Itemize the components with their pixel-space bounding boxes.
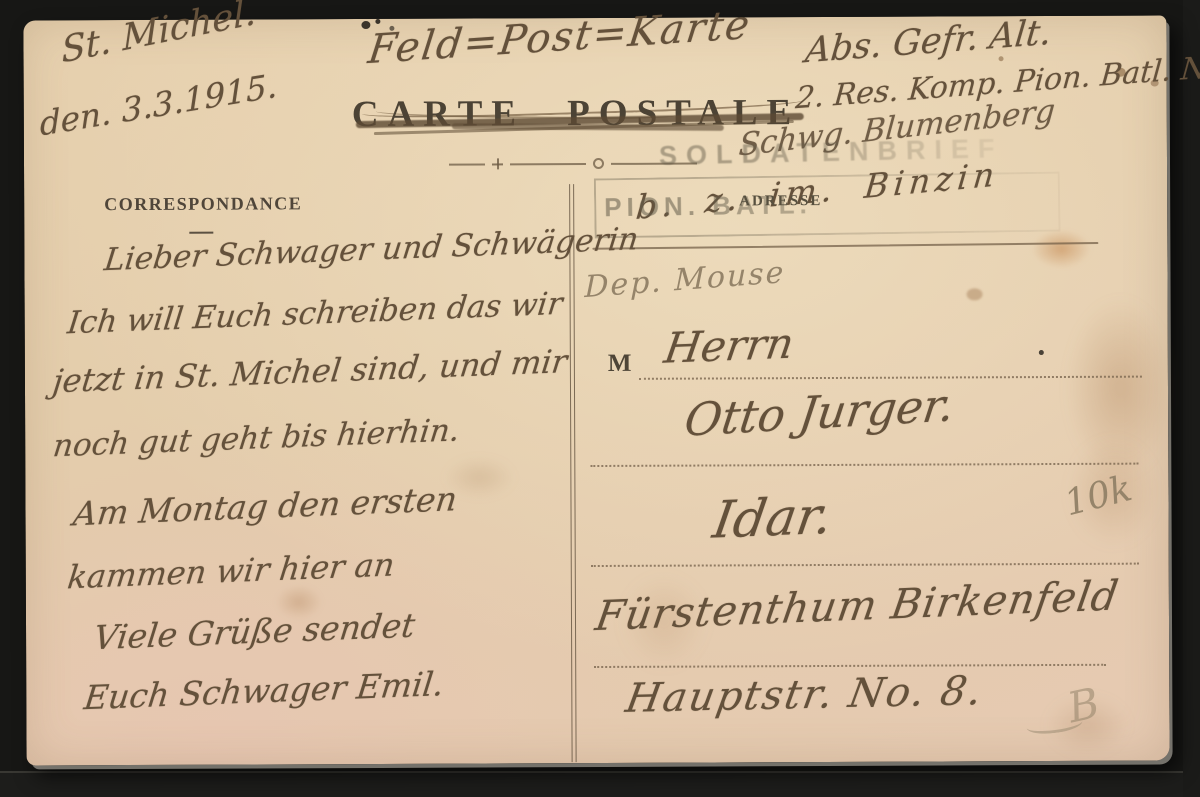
- correspondence-line: Am Montag den ersten: [71, 479, 459, 533]
- pion-batl-stamp: PION. BATL.: [594, 172, 1061, 239]
- address-rule: [591, 563, 1139, 567]
- address-rule: [594, 664, 1106, 668]
- correspondence-line: Viele Grüße sendet: [92, 605, 417, 657]
- ink-speck: [1039, 350, 1044, 355]
- recipient-name: Otto Jurger.: [681, 378, 957, 447]
- correspondence-line: Lieber Schwager und Schwägerin: [102, 221, 640, 278]
- ornament-plus: [492, 158, 503, 169]
- sender-line-1: Abs. Gefr. Alt.: [803, 13, 1053, 72]
- address-region: Fürstenthum Birkenfeld: [592, 571, 1122, 640]
- department-note: Dep. Mouse: [584, 255, 785, 305]
- photo-mat-right: [1183, 0, 1200, 797]
- address-town: Idar.: [709, 487, 836, 551]
- ornament-line: [510, 163, 586, 165]
- ornament-line: [449, 163, 485, 165]
- feldpost-title: Feld=Post=Karte: [366, 2, 754, 74]
- correspondance-heading: CORRESPONDANCE: [104, 193, 302, 215]
- stain: [1032, 230, 1090, 268]
- postcard: St. Michel. den. 3.3.1915. Feld=Post=Kar…: [23, 16, 1169, 766]
- dirt-speck: [967, 288, 983, 300]
- ornament-circle: [593, 158, 604, 169]
- address-street: Hauptstr. No. 8.: [622, 668, 987, 722]
- handdrawn-underline: [592, 242, 1098, 250]
- place-line: St. Michel.: [61, 0, 257, 72]
- dirt-speck: [375, 19, 380, 24]
- recipient-title: Herrn: [661, 318, 797, 372]
- correspondence-line: kammen wir hier an: [66, 545, 397, 596]
- correspondence-line: noch gut geht bis hierhin.: [51, 412, 462, 464]
- heading-dash: [189, 232, 213, 234]
- correspondence-line: Ich will Euch schreiben das wir: [66, 286, 565, 342]
- photo-mat-bottom: [0, 773, 1200, 797]
- dirt-speck: [361, 21, 370, 29]
- date-line: den. 3.3.1915.: [39, 66, 278, 144]
- pencil-squiggle: [1026, 713, 1084, 737]
- address-rule: [590, 463, 1138, 467]
- pencil-amount: 10k: [1060, 468, 1136, 524]
- dirt-speck: [999, 56, 1004, 61]
- adresse-heading: ADRESSE: [739, 193, 822, 210]
- address-rule: [639, 376, 1142, 380]
- correspondence-line: jetzt in St. Michel sind, und mir: [51, 342, 570, 400]
- column-divider: [569, 184, 577, 762]
- m-prefix: M: [608, 350, 632, 378]
- correspondence-line: Euch Schwager Emil.: [82, 664, 446, 717]
- stain: [1065, 295, 1176, 480]
